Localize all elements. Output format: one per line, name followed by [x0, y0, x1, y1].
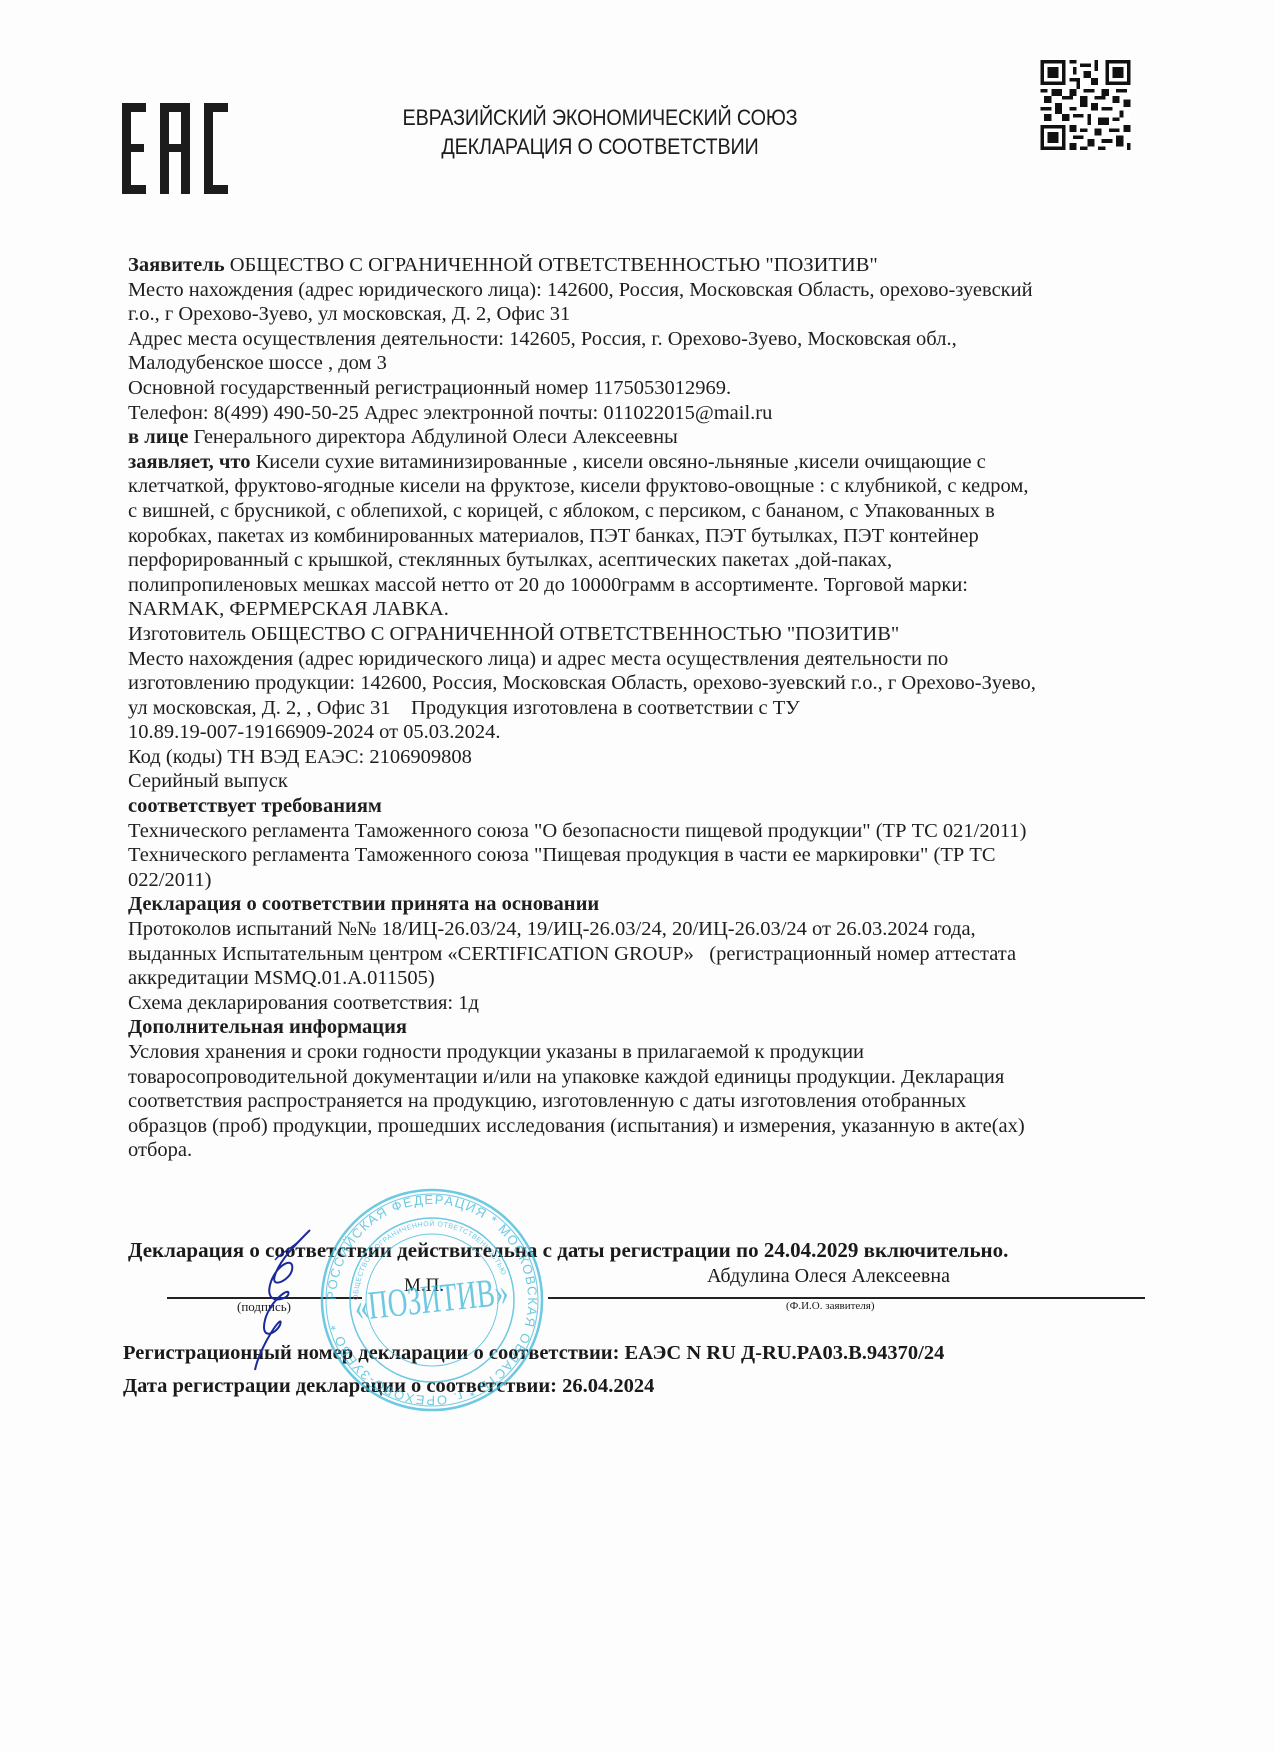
- validity-statement: Декларация о соответствии действительна …: [128, 1237, 1168, 1263]
- product-line: клетчаткой, фруктово-ягодные кисели на ф…: [128, 474, 1158, 499]
- applicant-legal-address-2: г.о., г Орехово-Зуево, ул московская, Д.…: [128, 302, 1158, 327]
- additional-heading: Дополнительная информация: [128, 1015, 1158, 1040]
- registration-date: Дата регистрации декларации о соответств…: [123, 1375, 654, 1398]
- applicant-name-label: (Ф.И.О. заявителя): [786, 1300, 875, 1312]
- product-line: коробках, пакетах из комбинированных мат…: [128, 524, 1158, 549]
- basis-line: выданных Испытательным центром «CERTIFIC…: [128, 942, 1158, 967]
- applicant-name: ОБЩЕСТВО С ОГРАНИЧЕННОЙ ОТВЕТСТВЕННОСТЬЮ…: [230, 254, 878, 276]
- applicant-activity-address-1: Адрес места осуществления деятельности: …: [128, 327, 1158, 352]
- applicant-activity-address-2: Малодубенское шоссе , дом 3: [128, 351, 1158, 376]
- basis-heading: Декларация о соответствии принята на осн…: [128, 892, 1158, 917]
- document-header: ЕВРАЗИЙСКИЙ ЭКОНОМИЧЕСКИЙ СОЮЗ ДЕКЛАРАЦИ…: [330, 103, 870, 161]
- product-line: перфорированный с крышкой, стеклянных бу…: [128, 548, 1158, 573]
- eac-logo-icon: [122, 103, 228, 194]
- additional-line: отбора.: [128, 1138, 1158, 1163]
- represented-by-line: в лице Генерального директора Абдулиной …: [128, 425, 1158, 450]
- declaration-body: Заявитель ОБЩЕСТВО С ОГРАНИЧЕННОЙ ОТВЕТС…: [128, 253, 1158, 1163]
- applicant-ogrn: Основной государственный регистрационный…: [128, 376, 1158, 401]
- manufacturer-label: Изготовитель: [128, 623, 246, 645]
- requirement-line: Технического регламента Таможенного союз…: [128, 843, 1158, 868]
- basis-line: аккредитации MSMQ.01.A.011505): [128, 966, 1158, 991]
- tn-ved-code: Код (коды) ТН ВЭД ЕАЭС: 2106909808: [128, 745, 1158, 770]
- registration-number: Регистрационный номер декларации о соотв…: [123, 1342, 944, 1365]
- declaration-page: ЕВРАЗИЙСКИЙ ЭКОНОМИЧЕСКИЙ СОЮЗ ДЕКЛАРАЦИ…: [0, 0, 1275, 1753]
- represented-by: Генерального директора Абдулиной Олеси А…: [194, 426, 678, 448]
- manufacturer-address: изготовлению продукции: 142600, Россия, …: [128, 671, 1158, 696]
- trademarks-line: NARMAK, ФЕРМЕРСКАЯ ЛАВКА.: [128, 597, 1158, 622]
- additional-line: образцов (проб) продукции, прошедших исс…: [128, 1114, 1158, 1139]
- applicant-label: Заявитель: [128, 254, 225, 276]
- requirements-heading: соответствует требованиям: [128, 794, 1158, 819]
- additional-line: товаросопроводительной документации и/ил…: [128, 1065, 1158, 1090]
- signature-label: (подпись): [237, 1299, 291, 1315]
- additional-line: Условия хранения и сроки годности продук…: [128, 1040, 1158, 1065]
- declares-label: заявляет, что: [128, 451, 250, 473]
- union-title: ЕВРАЗИЙСКИЙ ЭКОНОМИЧЕСКИЙ СОЮЗ: [330, 103, 870, 132]
- basis-line: Протоколов испытаний №№ 18/ИЦ-26.03/24, …: [128, 917, 1158, 942]
- requirement-line: 022/2011): [128, 868, 1158, 893]
- product-line: полипропиленовых мешках массой нетто от …: [128, 573, 1158, 598]
- applicant-signatory-name: Абдулина Олеся Алексеевна: [707, 1265, 950, 1288]
- seal-label: М.П.: [404, 1275, 444, 1297]
- represented-label: в лице: [128, 426, 188, 448]
- applicant-contacts: Телефон: 8(499) 490-50-25 Адрес электрон…: [128, 401, 1158, 426]
- product-line: с вишней, с брусникой, с облепихой, с ко…: [128, 499, 1158, 524]
- requirement-line: Технического регламента Таможенного союз…: [128, 819, 1158, 844]
- manufacturer-line: Изготовитель ОБЩЕСТВО С ОГРАНИЧЕННОЙ ОТВ…: [128, 622, 1158, 647]
- manufacturer-name: ОБЩЕСТВО С ОГРАНИЧЕННОЙ ОТВЕТСТВЕННОСТЬЮ…: [251, 623, 899, 645]
- manufacturer-address: Место нахождения (адрес юридического лиц…: [128, 647, 1158, 672]
- production-type: Серийный выпуск: [128, 769, 1158, 794]
- applicant-line: Заявитель ОБЩЕСТВО С ОГРАНИЧЕННОЙ ОТВЕТС…: [128, 253, 1158, 278]
- product-line: заявляет, что Кисели сухие витаминизиров…: [128, 450, 1158, 475]
- document-title: ДЕКЛАРАЦИЯ О СООТВЕТСТВИИ: [330, 132, 870, 161]
- applicant-legal-address-1: Место нахождения (адрес юридического лиц…: [128, 278, 1158, 303]
- declaration-scheme: Схема декларирования соответствия: 1д: [128, 991, 1158, 1016]
- manufacturer-address: ул московская, Д. 2, , Офис 31 Продукция…: [128, 696, 1158, 721]
- manufacturer-tu: 10.89.19-007-19166909-2024 от 05.03.2024…: [128, 720, 1158, 745]
- additional-line: соответствия распространяется на продукц…: [128, 1089, 1158, 1114]
- qr-code-icon: [1039, 60, 1132, 150]
- applicant-name-line: [548, 1297, 1145, 1299]
